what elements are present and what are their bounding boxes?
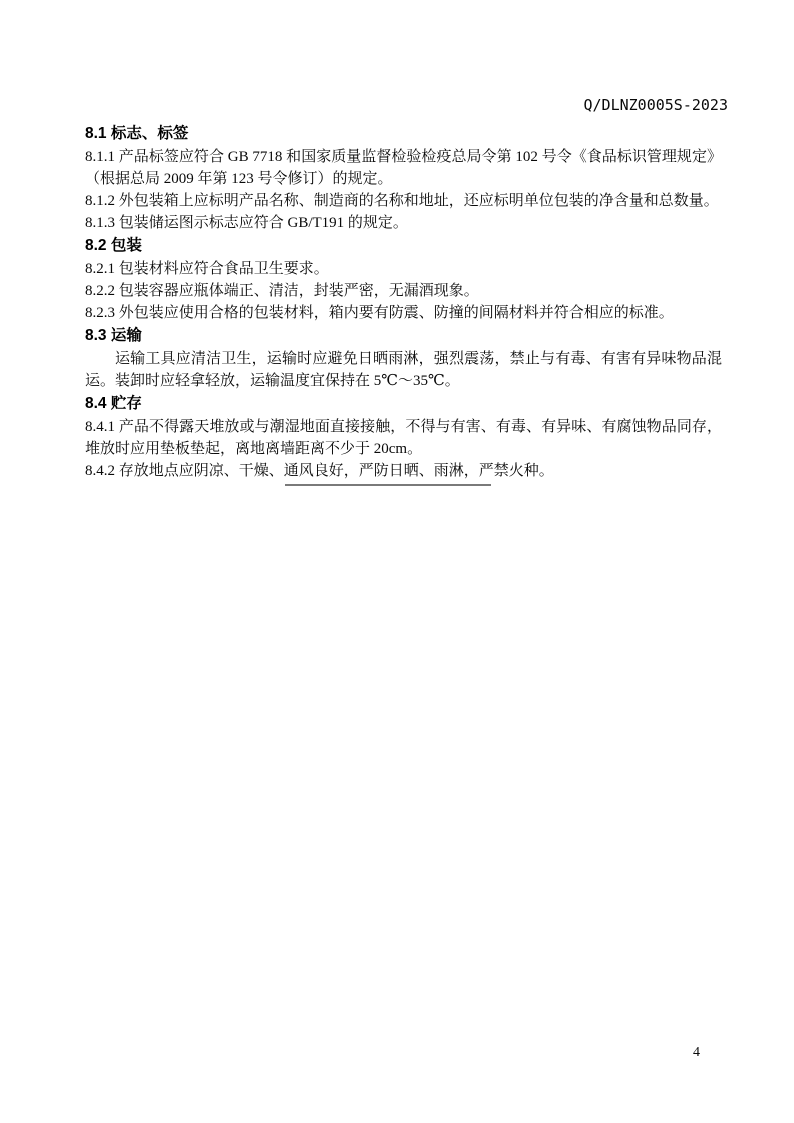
clause-8-1-2: 8.1.2 外包装箱上应标明产品名称、制造商的名称和地址，还应标明单位包装的净含… bbox=[85, 190, 722, 212]
section-heading-8-1: 8.1 标志、标签 bbox=[85, 123, 722, 145]
clause-8-4-1: 8.4.1 产品不得露天堆放或与潮湿地面直接接触，不得与有害、有毒、有异味、有腐… bbox=[85, 416, 722, 460]
document-body: 8.1 标志、标签 8.1.1 产品标签应符合 GB 7718 和国家质量监督检… bbox=[85, 122, 722, 482]
section-heading-8-3: 8.3 运输 bbox=[85, 325, 722, 347]
page-number: 4 bbox=[693, 1045, 700, 1061]
doc-number-header: Q/DLNZ0005S-2023 bbox=[584, 96, 729, 114]
section-heading-8-4: 8.4 贮存 bbox=[85, 393, 722, 415]
clause-8-3-body: 运输工具应清洁卫生，运输时应避免日晒雨淋，强烈震荡，禁止与有毒、有害有异味物品混… bbox=[85, 348, 722, 392]
clause-8-2-1: 8.2.1 包装材料应符合食品卫生要求。 bbox=[85, 258, 722, 280]
clause-8-4-2: 8.4.2 存放地点应阴凉、干燥、通风良好，严防日晒、雨淋，严禁火种。 bbox=[85, 460, 722, 482]
section-heading-8-2: 8.2 包装 bbox=[85, 235, 722, 257]
document-page: Q/DLNZ0005S-2023 8.1 标志、标签 8.1.1 产品标签应符合… bbox=[0, 0, 794, 1123]
clause-8-2-2: 8.2.2 包装容器应瓶体端正、清洁，封装严密，无漏酒现象。 bbox=[85, 280, 722, 302]
clause-8-1-3: 8.1.3 包装储运图示标志应符合 GB/T191 的规定。 bbox=[85, 212, 722, 234]
clause-8-1-1: 8.1.1 产品标签应符合 GB 7718 和国家质量监督检验检疫总局令第 10… bbox=[85, 146, 722, 190]
clause-8-2-3: 8.2.3 外包装应使用合格的包装材料，箱内要有防震、防撞的间隔材料并符合相应的… bbox=[85, 302, 722, 324]
end-of-text-divider bbox=[285, 484, 491, 486]
